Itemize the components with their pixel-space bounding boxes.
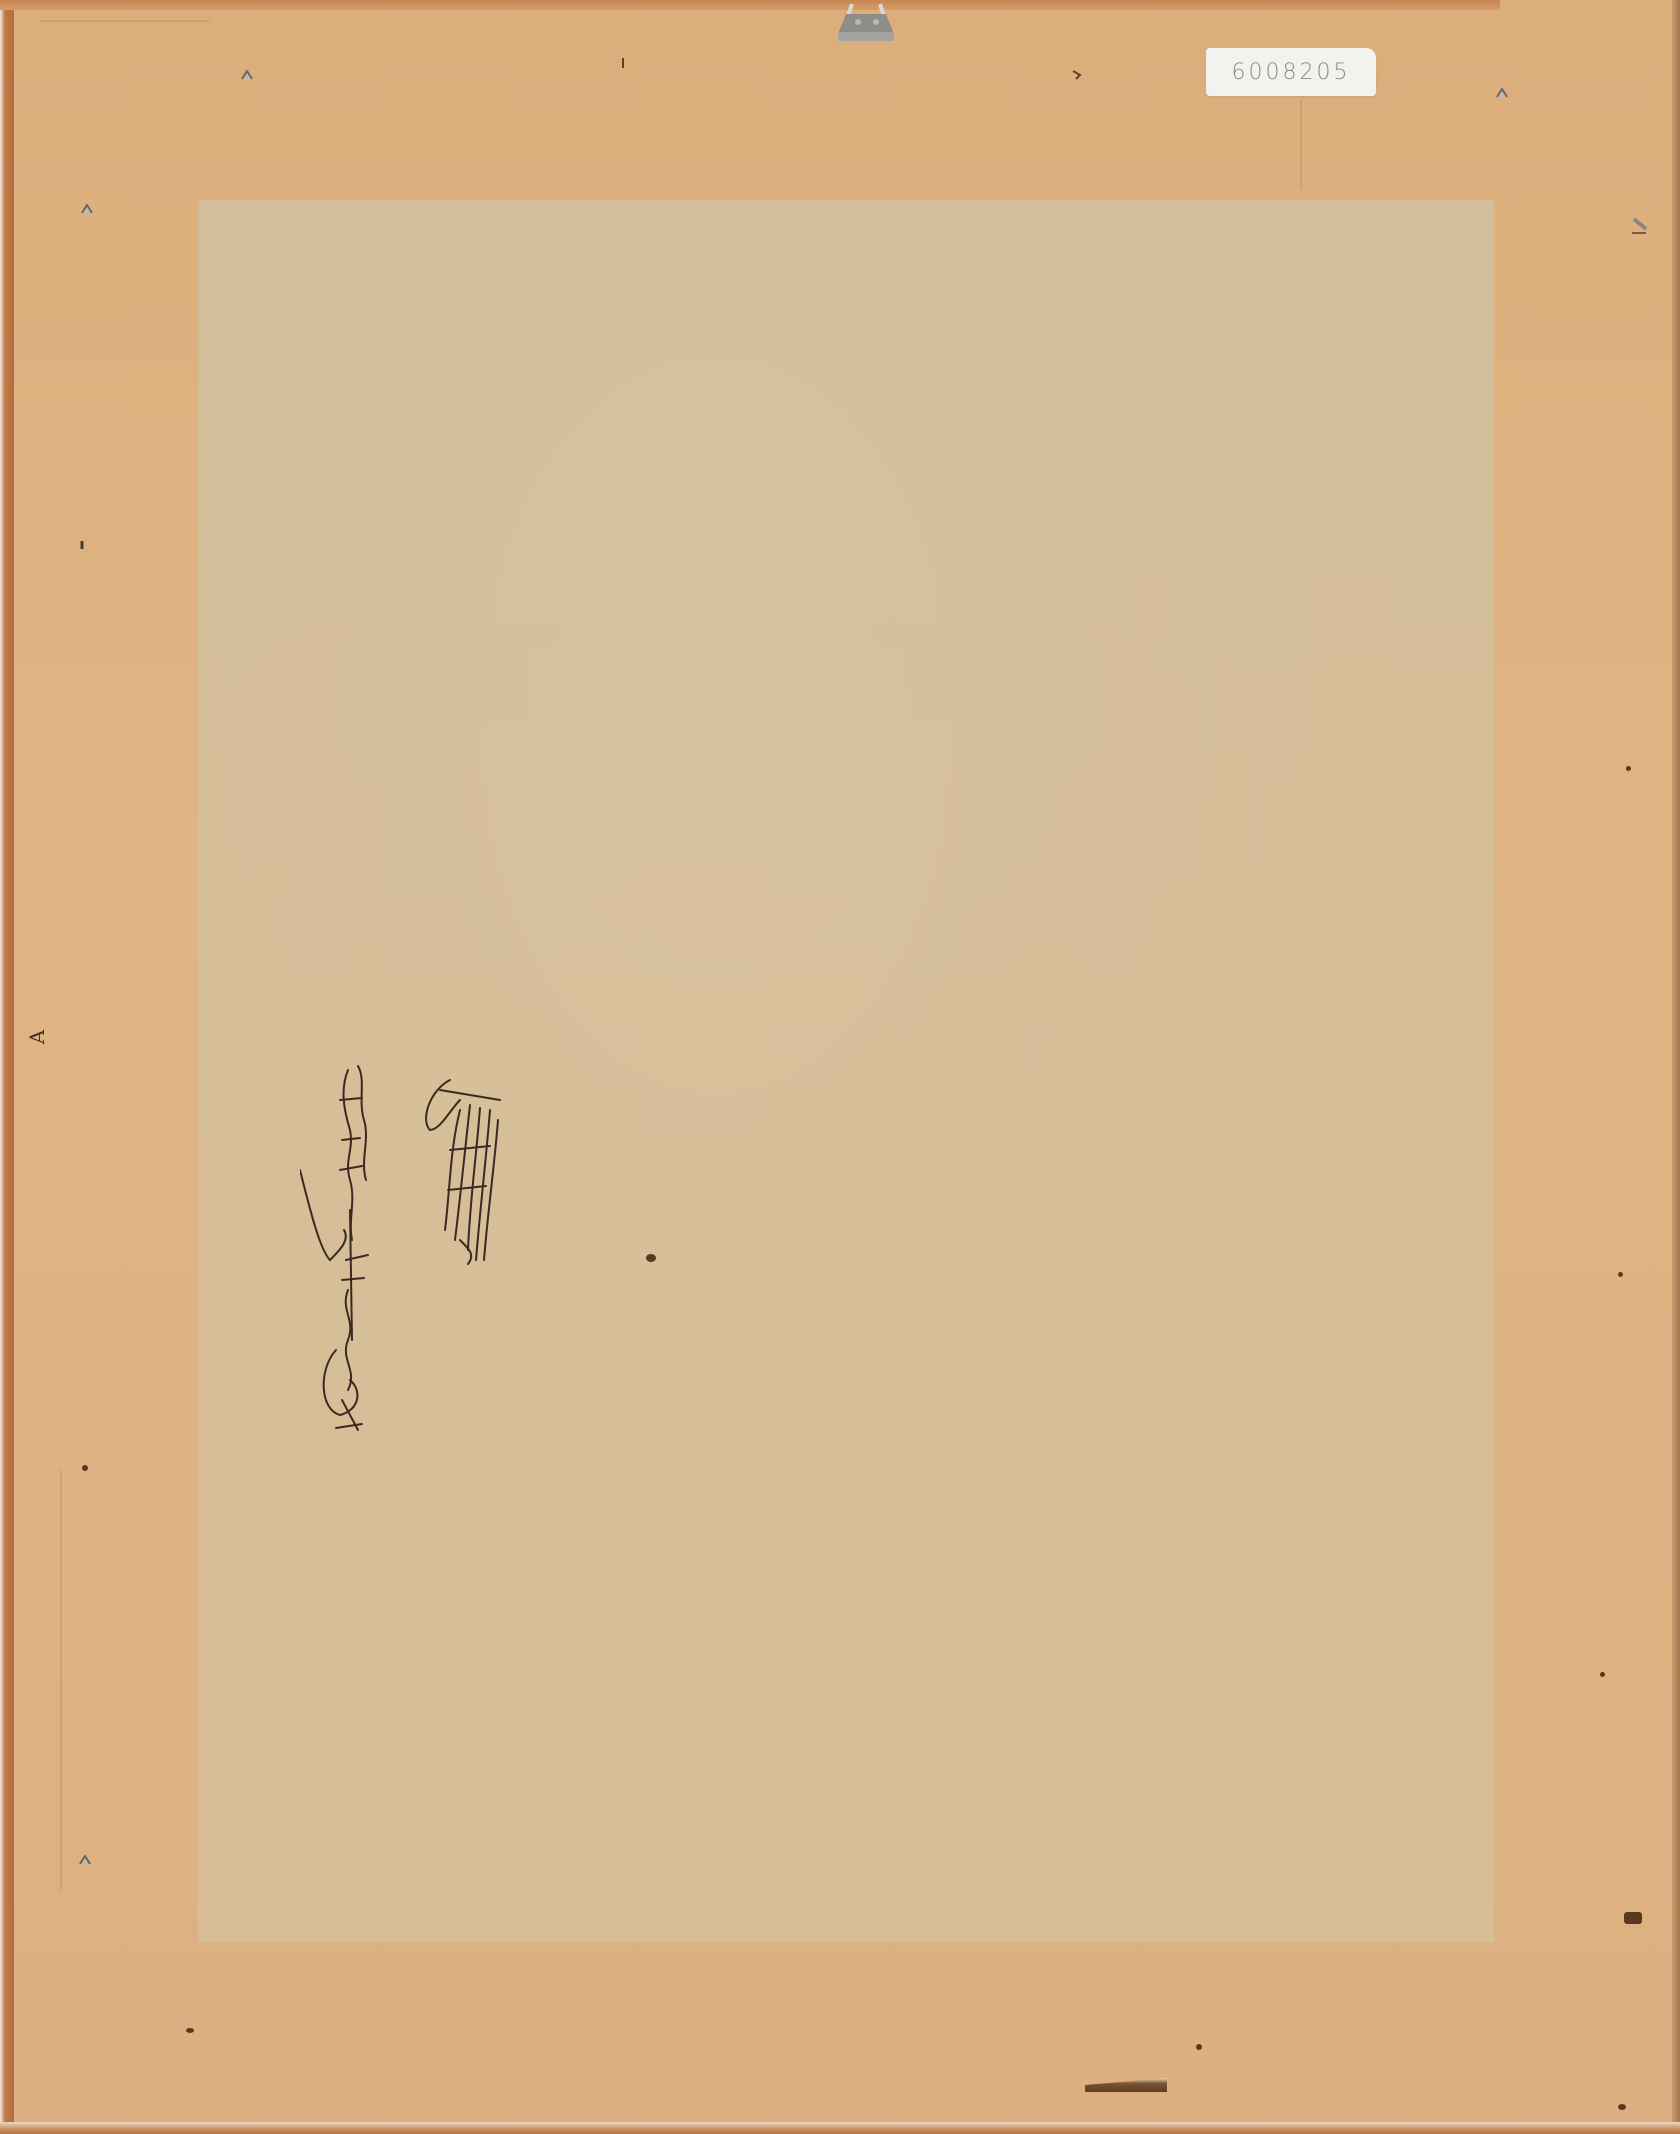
staple-icon [80, 204, 94, 214]
sawtooth-hanger-icon [824, 0, 908, 44]
board-speck [1618, 1272, 1623, 1277]
board-speck [82, 1465, 88, 1471]
board-speck [1626, 766, 1631, 771]
staple-icon [1630, 215, 1650, 235]
board-speck [646, 1254, 656, 1262]
staple-icon [1070, 70, 1084, 80]
tape-crease [1300, 100, 1302, 190]
board-speck [186, 2028, 194, 2033]
frame-wood-right-edge [1672, 0, 1680, 2134]
frame-wood-top-edge [0, 0, 1500, 10]
board-tear [1624, 1912, 1642, 1924]
inventory-label: 6008205 [1206, 48, 1376, 96]
tape-crease [60, 1470, 62, 1890]
board-speck [1618, 2104, 1626, 2110]
pencil-mark-letter: A [25, 1030, 49, 1044]
frame-wood-left-edge [0, 0, 14, 2134]
staple-icon [240, 70, 254, 80]
board-speck [1196, 2044, 1202, 2050]
staple-icon [616, 58, 630, 68]
board-speck [1600, 1672, 1605, 1677]
staple-icon [75, 540, 89, 550]
frame-wood-bottom-edge [0, 2122, 1680, 2134]
handwritten-signature-icon [300, 1050, 520, 1450]
inventory-number: 6008205 [1232, 60, 1351, 85]
staple-icon [78, 1855, 92, 1865]
tape-crease [40, 20, 210, 22]
staple-icon [1495, 88, 1509, 98]
